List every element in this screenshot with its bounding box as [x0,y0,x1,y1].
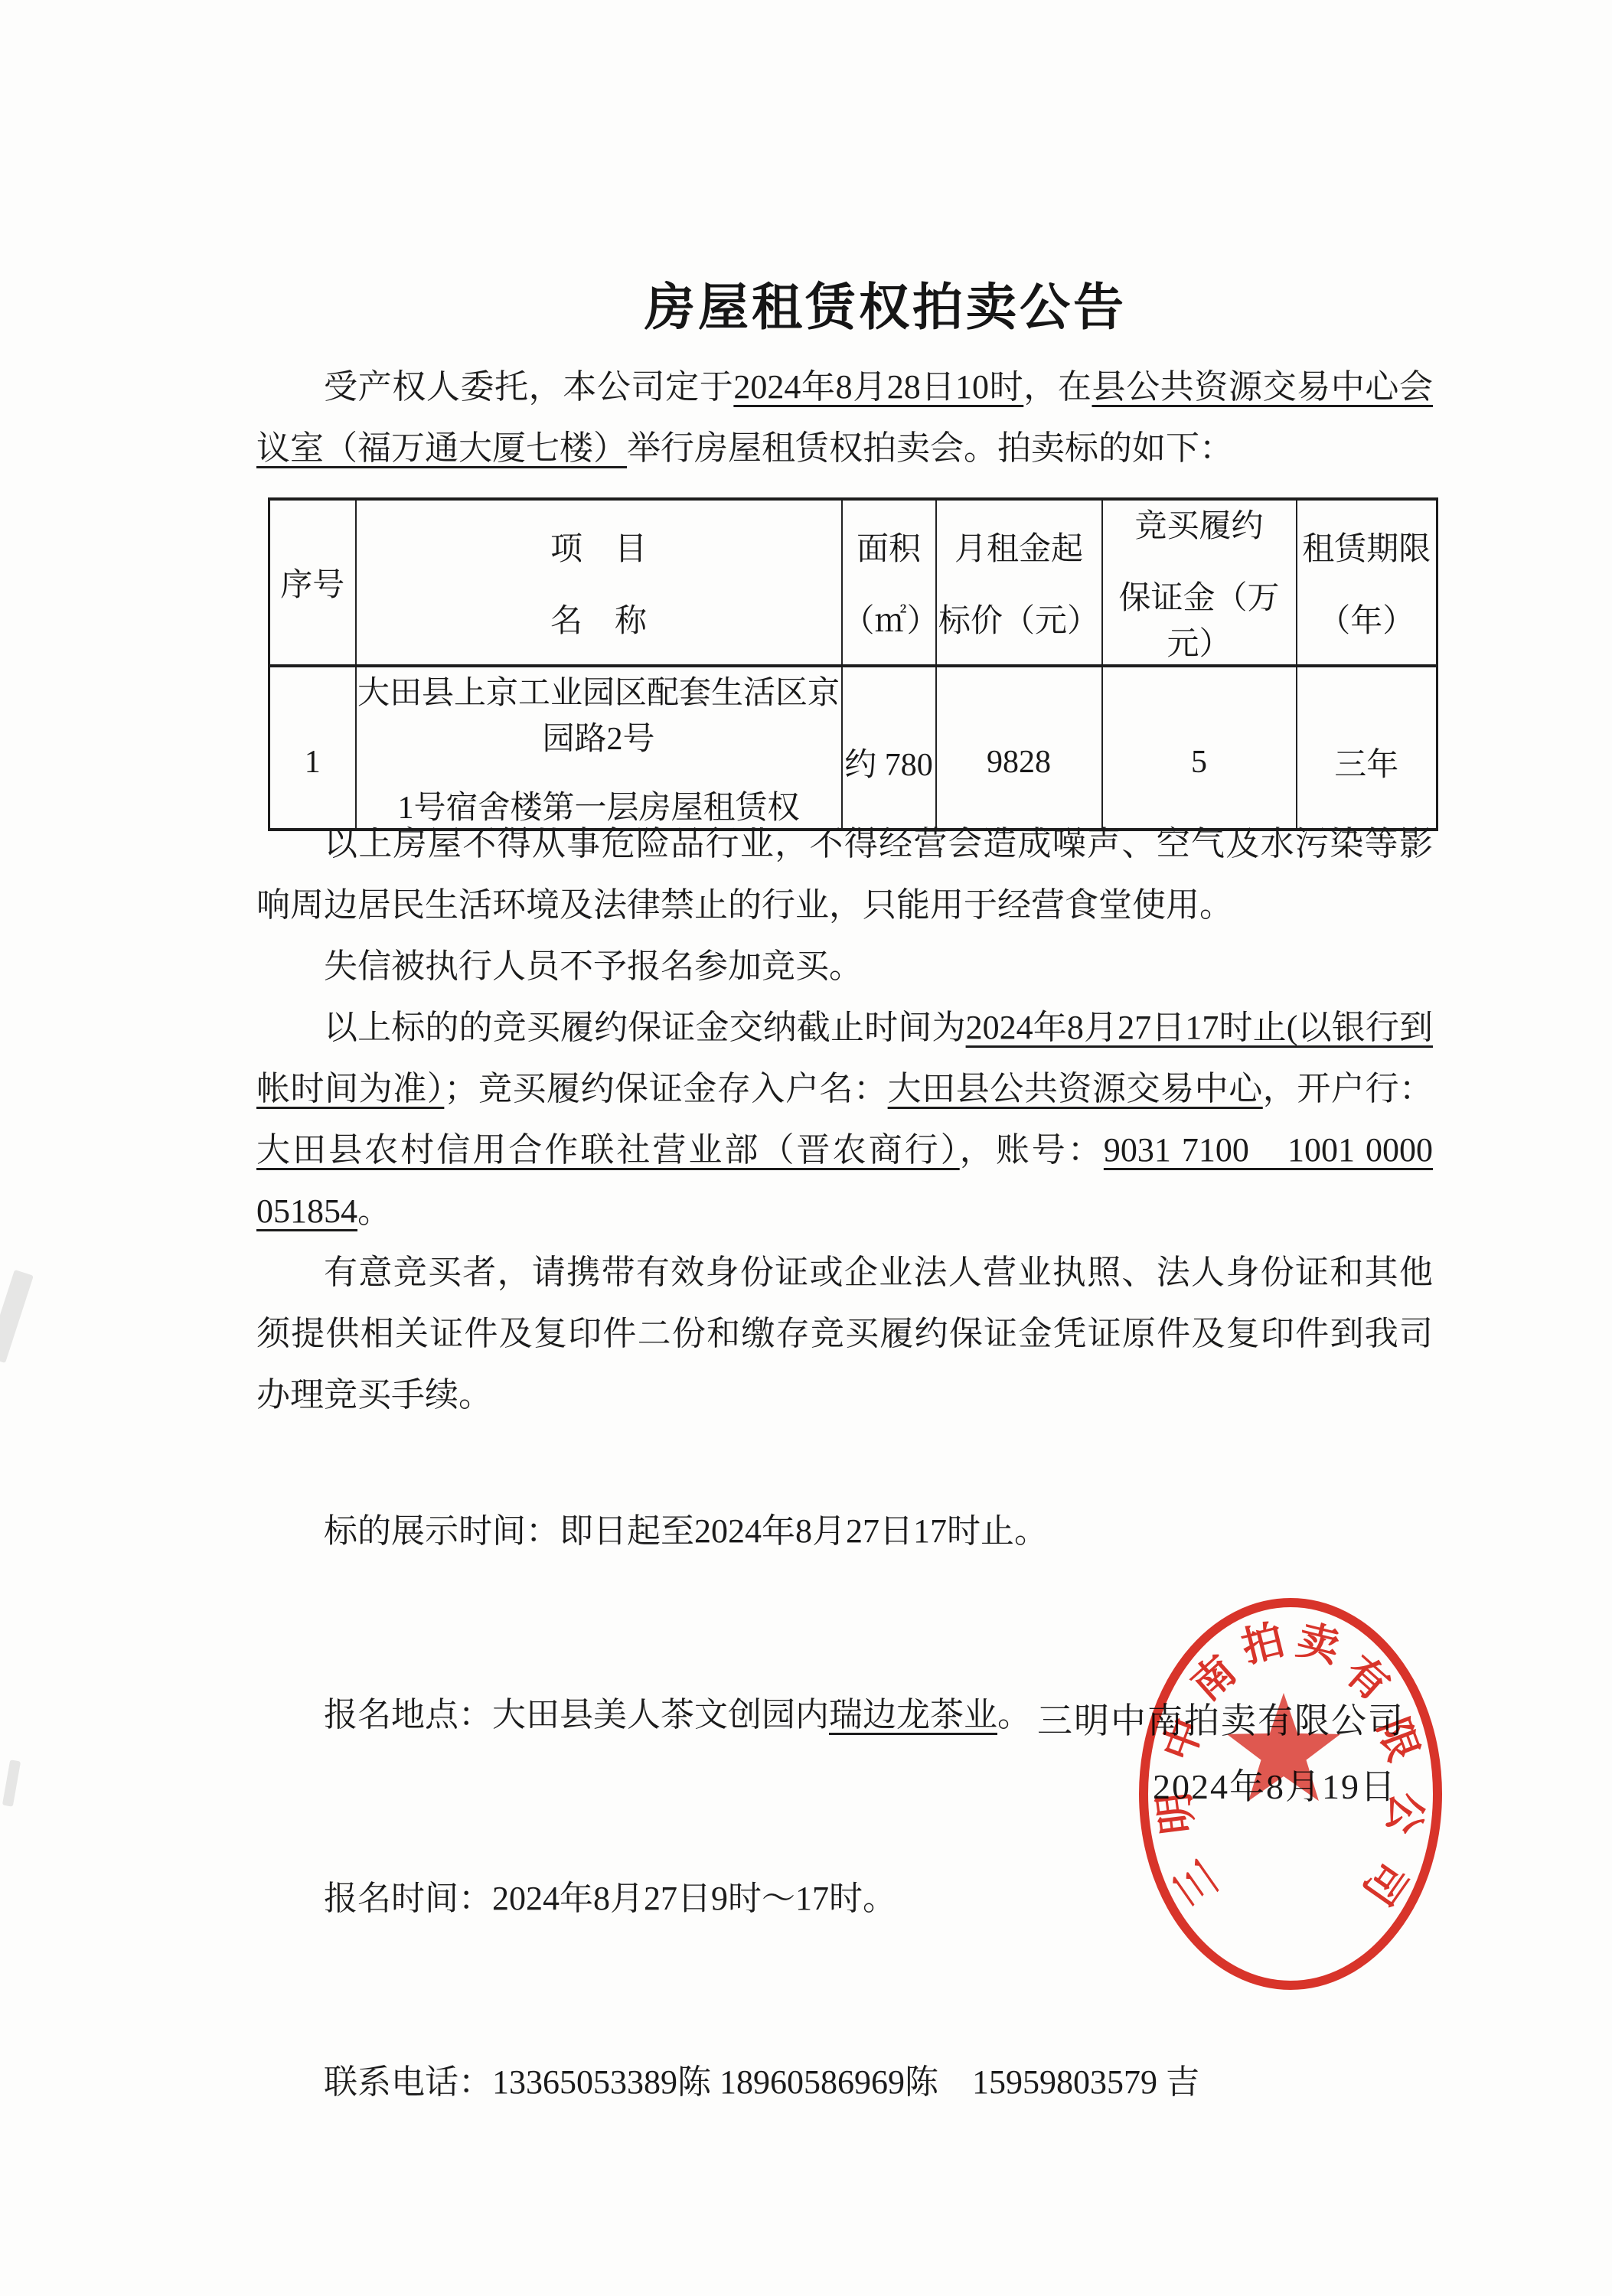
intro-text-3: 举行房屋租赁权拍卖会。拍卖标的如下： [627,429,1233,467]
phone-numbers-line: 联系电话：13365053389陈 18960586969陈 159598035… [256,2052,1433,2113]
table-row: 1 大田县上京工业园区配套生活区京园路2号 1号宿舍楼第一层房屋租赁权 约 78… [269,666,1437,830]
page-title: 房屋租赁权拍卖公告 [644,266,1127,339]
paragraph-usage-restriction: 以上房屋不得从事危险品行业，不得经营会造成噪声、空气及水污染等影响周边居民生活环… [256,814,1433,936]
cell-area: 约 780 [842,666,936,830]
account-name-underlined: 大田县公共资源交易中心 [888,1070,1263,1107]
signature-company-name: 三明中南拍卖有限公司 [1037,1693,1405,1743]
body-paragraphs: 以上房屋不得从事危险品行业，不得经营会造成噪声、空气及水污染等影响周边居民生活环… [256,814,1433,1426]
header-rent: 月租金起 标价（元） [936,499,1102,666]
scan-artifact [0,1270,34,1363]
signup-time-line: 报名时间：2024年8月27日9时～17时。 [256,1868,1433,1929]
intro-text-2: ，在 [1023,368,1092,406]
header-term: 租赁期限 （年） [1297,499,1437,666]
intro-paragraph: 受产权人委托，本公司定于2024年8月28日10时，在县公共资源交易中心会议室（… [256,357,1433,479]
table-header-row: 序号 项 目 名 称 面积 （㎡） 月租金起 标价（元） [269,499,1437,666]
header-no: 序号 [269,499,356,666]
document-page: 房屋租赁权拍卖公告 受产权人委托，本公司定于2024年8月28日10时，在县公共… [0,0,1612,2296]
paragraph-dishonest-persons: 失信被执行人员不予报名参加竞买。 [256,936,1433,997]
scan-artifact [2,1760,21,1807]
auction-lots-table: 序号 项 目 名 称 面积 （㎡） 月租金起 标价（元） [268,497,1438,831]
display-time-line: 标的展示时间：即日起至2024年8月27日17时止。 [256,1501,1433,1562]
cell-deposit: 5 [1102,666,1297,830]
cell-rent: 9828 [936,666,1102,830]
cell-item-name: 大田县上京工业园区配套生活区京园路2号 1号宿舍楼第一层房屋租赁权 [356,666,842,830]
header-area: 面积 （㎡） [842,499,936,666]
header-item-name: 项 目 名 称 [356,499,842,666]
intro-text-1: 受产权人委托，本公司定于 [324,368,733,406]
bank-name-underlined: 大田县农村信用合作联社营业部（晋农商行） [256,1131,960,1169]
cell-no: 1 [269,666,356,830]
signup-place-underlined: 瑞边龙茶业 [829,1696,997,1733]
header-deposit: 竞买履约 保证金（万元） [1102,499,1297,666]
paragraph-deposit-info: 以上标的的竞买履约保证金交纳截止时间为2024年8月27日17时止(以银行到帐时… [256,997,1433,1242]
signature-date: 2024年8月19日 [1153,1759,1397,1809]
cell-term: 三年 [1297,666,1437,830]
intro-underlined-datetime: 2024年8月28日10时 [733,368,1023,406]
